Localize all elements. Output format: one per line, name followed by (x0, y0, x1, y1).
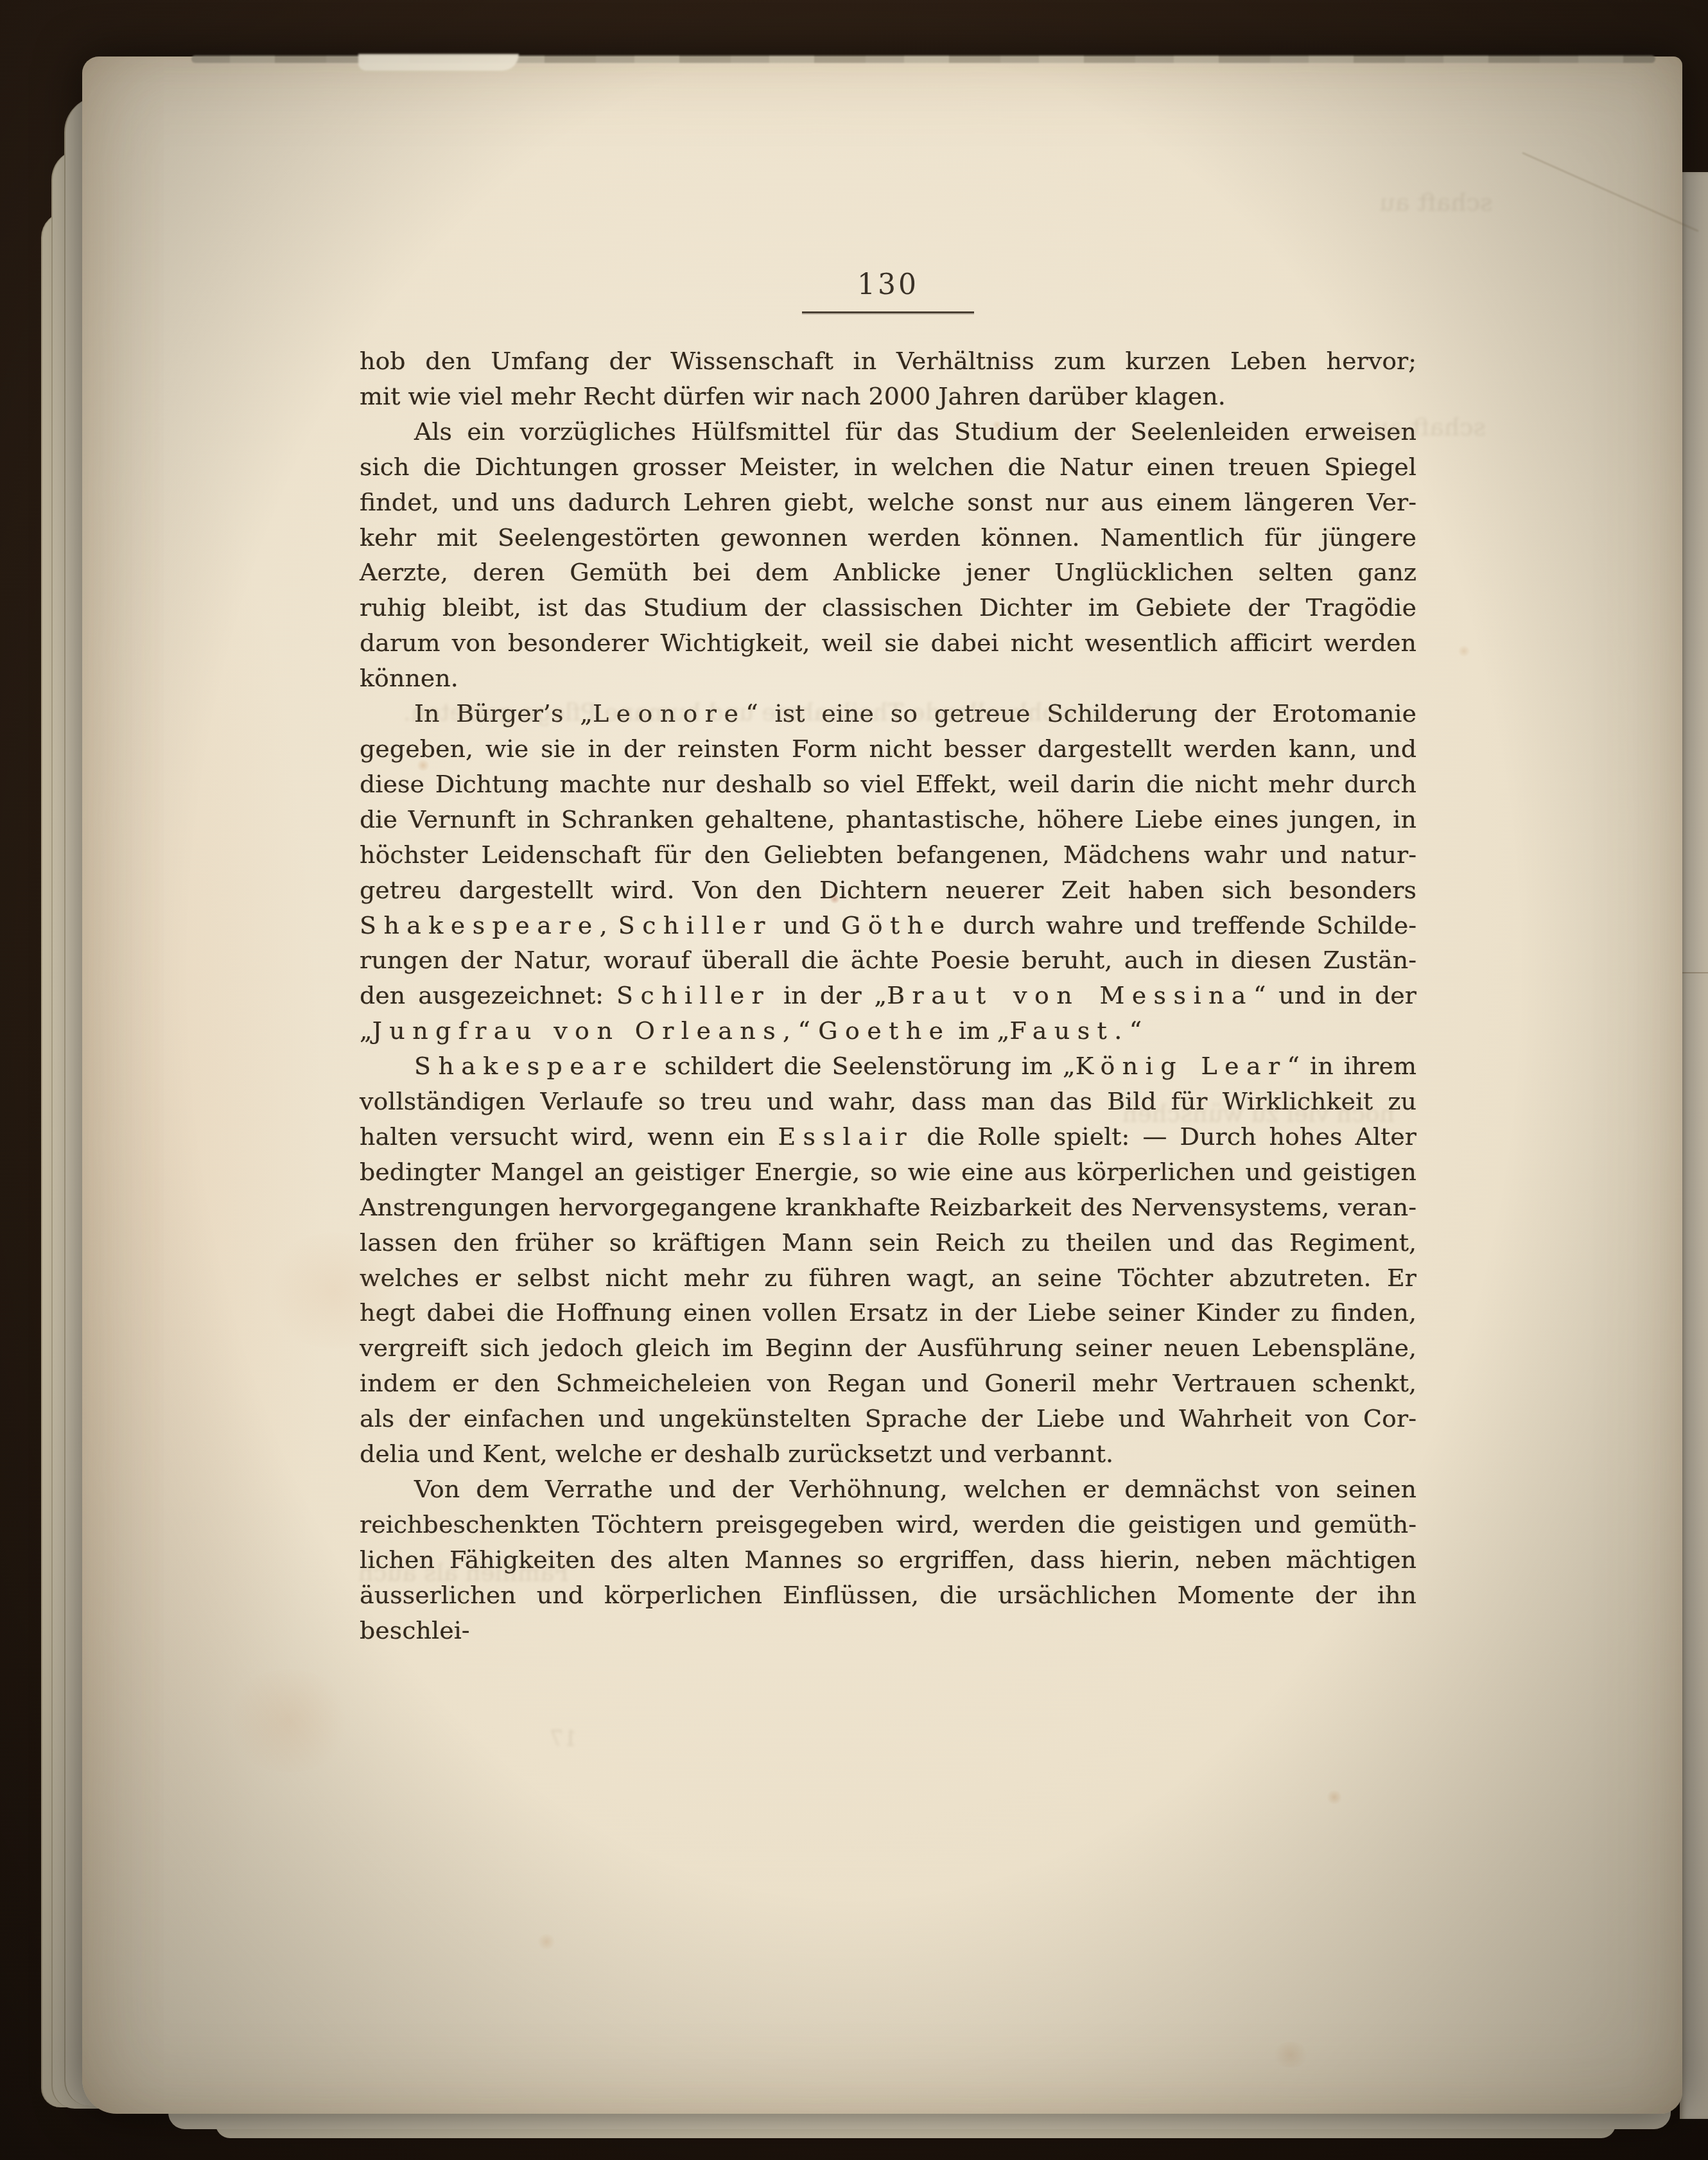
text-line: Als ein vorzügliches Hülfsmittel für das… (360, 414, 1416, 449)
text-line: indem er den Schmeicheleien von Regan un… (360, 1366, 1416, 1401)
stain (225, 1669, 353, 1772)
header-rule (802, 311, 974, 313)
foxing-spot (1458, 645, 1470, 657)
text-line: Anstrengungen hervorgegangene krankhafte… (360, 1190, 1416, 1225)
text-line: vergreift sich jedoch gleich im Beginn d… (360, 1330, 1416, 1366)
text-line: welches er selbst nicht mehr zu führen w… (360, 1260, 1416, 1296)
showthrough-text: schaft aus (1360, 413, 1486, 441)
torn-edge-chip (358, 54, 519, 71)
text-line: sich die Dichtungen grosser Meister, in … (360, 449, 1416, 485)
text-block: hob den Umfang der Wissenschaft in Verhä… (360, 344, 1416, 1648)
text-line: delia und Kent, welche er deshalb zurück… (360, 1436, 1416, 1472)
showthrough-text: ist eine wohlwollende Theilnahme und hum… (403, 699, 1172, 726)
letterspaced-text: Faust. (1010, 1016, 1129, 1045)
letterspaced-text: Shakespeare (414, 1052, 654, 1080)
book-page: 130 hob den Umfang der Wissenschaft in V… (82, 57, 1682, 2114)
foxing-spot (1326, 1790, 1343, 1804)
book-scan: 130 hob den Umfang der Wissenschaft in V… (0, 0, 1708, 2160)
foxing-spot (537, 1934, 556, 1949)
letterspaced-text: Jungfrau von Orleans, (372, 1016, 798, 1045)
text-line: Shakespeare, Schiller und Göthe durch wa… (360, 908, 1416, 943)
paragraph: hob den Umfang der Wissenschaft in Verhä… (360, 344, 1416, 414)
text-line: den ausgezeichnet: Schiller in der „Brau… (360, 978, 1416, 1013)
page-header: 130 (360, 268, 1416, 313)
letterspaced-text: Schiller (618, 911, 772, 939)
text-line: rungen der Natur, worauf überall die äch… (360, 943, 1416, 978)
text-line: hegt dabei die Hoffnung einen vollen Ers… (360, 1295, 1416, 1330)
text-line: getreu dargestellt wird. Von den Dichter… (360, 873, 1416, 908)
text-line: mit wie viel mehr Recht dürfen wir nach … (360, 379, 1416, 414)
text-line: „Jungfrau von Orleans,“ Goethe im „Faust… (360, 1013, 1416, 1049)
text-line: Aerzte, deren Gemüth bei dem Anblicke je… (360, 555, 1416, 590)
showthrough-text: Familien als auch (358, 1559, 569, 1587)
showthrough-text: schaft au (1379, 188, 1492, 216)
letterspaced-text: Göthe (841, 911, 952, 939)
text-line: findet, und uns dadurch Lehren giebt, we… (360, 485, 1416, 520)
letterspaced-text: Goethe (818, 1016, 950, 1045)
text-line: die Vernunft in Schranken gehaltene, pha… (360, 802, 1416, 837)
letterspaced-text: Schiller (616, 981, 771, 1009)
text-line: lassen den früher so kräftigen Mann sein… (360, 1225, 1416, 1260)
letterspaced-text: Shakespeare (360, 911, 600, 939)
letterspaced-text: Esslair (778, 1122, 914, 1151)
letterspaced-text: König Lear (1076, 1052, 1287, 1080)
text-line: Shakespeare schildert die Seelenstörung … (360, 1049, 1416, 1084)
stain (1271, 2042, 1310, 2068)
letterspaced-text: Braut von Messina (887, 981, 1253, 1009)
text-line: hob den Umfang der Wissenschaft in Verhä… (360, 344, 1416, 379)
paragraph: Als ein vorzügliches Hülfsmittel für das… (360, 414, 1416, 696)
text-line: kehr mit Seelengestörten gewonnen werden… (360, 520, 1416, 555)
next-page-edge (1680, 172, 1708, 2119)
text-line: können. (360, 661, 1416, 696)
text-line: gegeben, wie sie in der reinsten Form ni… (360, 731, 1416, 767)
stain (82, 416, 326, 1996)
text-line: bedingter Mangel an geistiger Energie, s… (360, 1154, 1416, 1190)
paragraph: In Bürger’s „Leonore“ ist eine so getreu… (360, 696, 1416, 1049)
showthrough-text: noch viel zu wünschen (1122, 1100, 1395, 1128)
text-line: höchster Leidenschaft für den Geliebten … (360, 837, 1416, 873)
text-line: diese Dichtung machte nur deshalb so vie… (360, 767, 1416, 802)
text-line: reichbeschenkten Töchtern preisgegeben w… (360, 1507, 1416, 1542)
showthrough-text: 17 (550, 1726, 577, 1752)
text-line: ruhig bleibt, ist das Studium der classi… (360, 590, 1416, 625)
crease-line (1522, 152, 1699, 232)
text-line: Von dem Verrathe und der Verhöhnung, wel… (360, 1472, 1416, 1507)
page-number: 130 (360, 268, 1416, 301)
text-line: äusserlichen und körperlichen Einflüssen… (360, 1578, 1416, 1648)
text-line: als der einfachen und ungekünstelten Spr… (360, 1401, 1416, 1436)
text-line: darum von besonderer Wichtigkeit, weil s… (360, 625, 1416, 661)
